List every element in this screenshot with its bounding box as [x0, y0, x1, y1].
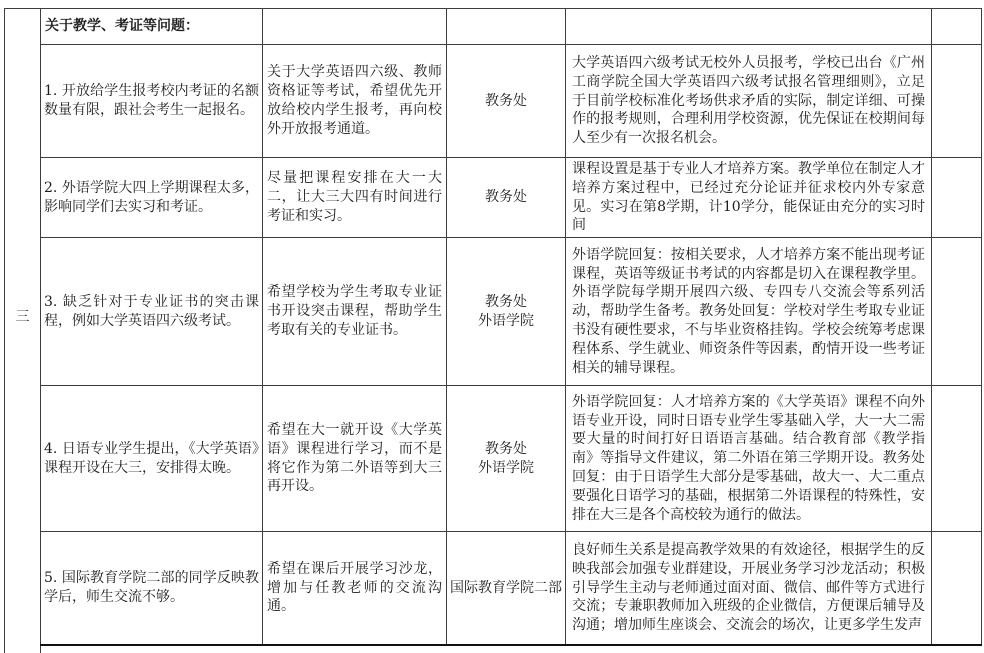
table-row-4: 4. 日语专业学生提出，《大学英语》课程开设在大三，安排得太晚。 希望在大一就开… — [41, 386, 982, 532]
note-cell — [932, 532, 982, 645]
problem-text: 2. 外语学院大四上学期课程太多，影响同学们去实习和考证。 — [41, 158, 263, 238]
department-text: 国际教育学院二部 — [447, 532, 566, 645]
section-number-label: 三 — [16, 306, 30, 326]
department-text: 教务处 — [447, 45, 566, 158]
header-empty-cell — [447, 9, 566, 45]
response-text: 大学英语四六级考试无校外人员报考，学校已出台《广州工商学院全国大学英语四六级考试… — [566, 45, 932, 158]
response-text: 良好师生关系是提高教学效果的有效途径，根据学生的反映我部会加强专业群建设，开展业… — [566, 532, 932, 645]
suggestion-text: 尽量把课程安排在大一大二，让大三大四有时间进行考证和实习。 — [263, 158, 447, 238]
note-cell — [932, 45, 982, 158]
suggestion-text: 希望在大一就开设《大学英语》课程进行学习，而不是将它作为第二外语等到大三再开设。 — [263, 386, 447, 532]
header-empty-cell — [263, 9, 447, 45]
document-page: 三 关于教学、考证等问题： 1. 开放给学生报考校内考证的名额数量有限，跟社会考… — [0, 0, 984, 653]
problem-text: 3. 缺乏针对于专业证书的突击课程，例如大学英语四六级考试。 — [41, 238, 263, 386]
issues-table: 关于教学、考证等问题： 1. 开放给学生报考校内考证的名额数量有限，跟社会考生一… — [40, 8, 982, 646]
header-empty-cell — [566, 9, 932, 45]
department-text: 教务处 — [447, 158, 566, 238]
table-row-1: 1. 开放给学生报考校内考证的名额数量有限，跟社会考生一起报名。 关于大学英语四… — [41, 45, 982, 158]
response-text: 外语学院回复：人才培养方案的《大学英语》课程不向外语专业开设，同时日语专业学生零… — [566, 386, 932, 532]
problem-text: 1. 开放给学生报考校内考证的名额数量有限，跟社会考生一起报名。 — [41, 45, 263, 158]
table-row-5: 5. 国际教育学院二部的同学反映教学后，师生交流不够。 希望在课后开展学习沙龙，… — [41, 532, 982, 645]
department-text: 教务处 外语学院 — [447, 386, 566, 532]
note-cell — [932, 386, 982, 532]
table-row-3: 3. 缺乏针对于专业证书的突击课程，例如大学英语四六级考试。 希望学校为学生考取… — [41, 238, 982, 386]
note-cell — [932, 158, 982, 238]
table-header-row: 关于教学、考证等问题： — [41, 9, 982, 45]
note-cell — [932, 238, 982, 386]
suggestion-text: 希望在课后开展学习沙龙，增加与任教老师的交流沟通。 — [263, 532, 447, 645]
department-text: 教务处 外语学院 — [447, 238, 566, 386]
problem-text: 5. 国际教育学院二部的同学反映教学后，师生交流不够。 — [41, 532, 263, 645]
problem-text: 4. 日语专业学生提出，《大学英语》课程开设在大三，安排得太晚。 — [41, 386, 263, 532]
header-empty-cell — [932, 9, 982, 45]
section-number-cell: 三 — [4, 8, 41, 653]
suggestion-text: 关于大学英语四六级、教师资格证等考试，希望优先开放给校内学生报考，再向校外开放报… — [263, 45, 447, 158]
response-text: 课程设置是基于专业人才培养方案。教学单位在制定人才培养方案过程中，已经过充分论证… — [566, 158, 932, 238]
table-section-title: 关于教学、考证等问题： — [41, 9, 263, 45]
table-row-2: 2. 外语学院大四上学期课程太多，影响同学们去实习和考证。 尽量把课程安排在大一… — [41, 158, 982, 238]
response-text: 外语学院回复：按相关要求，人才培养方案不能出现考证课程，英语等级证书考试的内容都… — [566, 238, 932, 386]
suggestion-text: 希望学校为学生考取专业证书开设突击课程，帮助学生考取有关的专业证书。 — [263, 238, 447, 386]
